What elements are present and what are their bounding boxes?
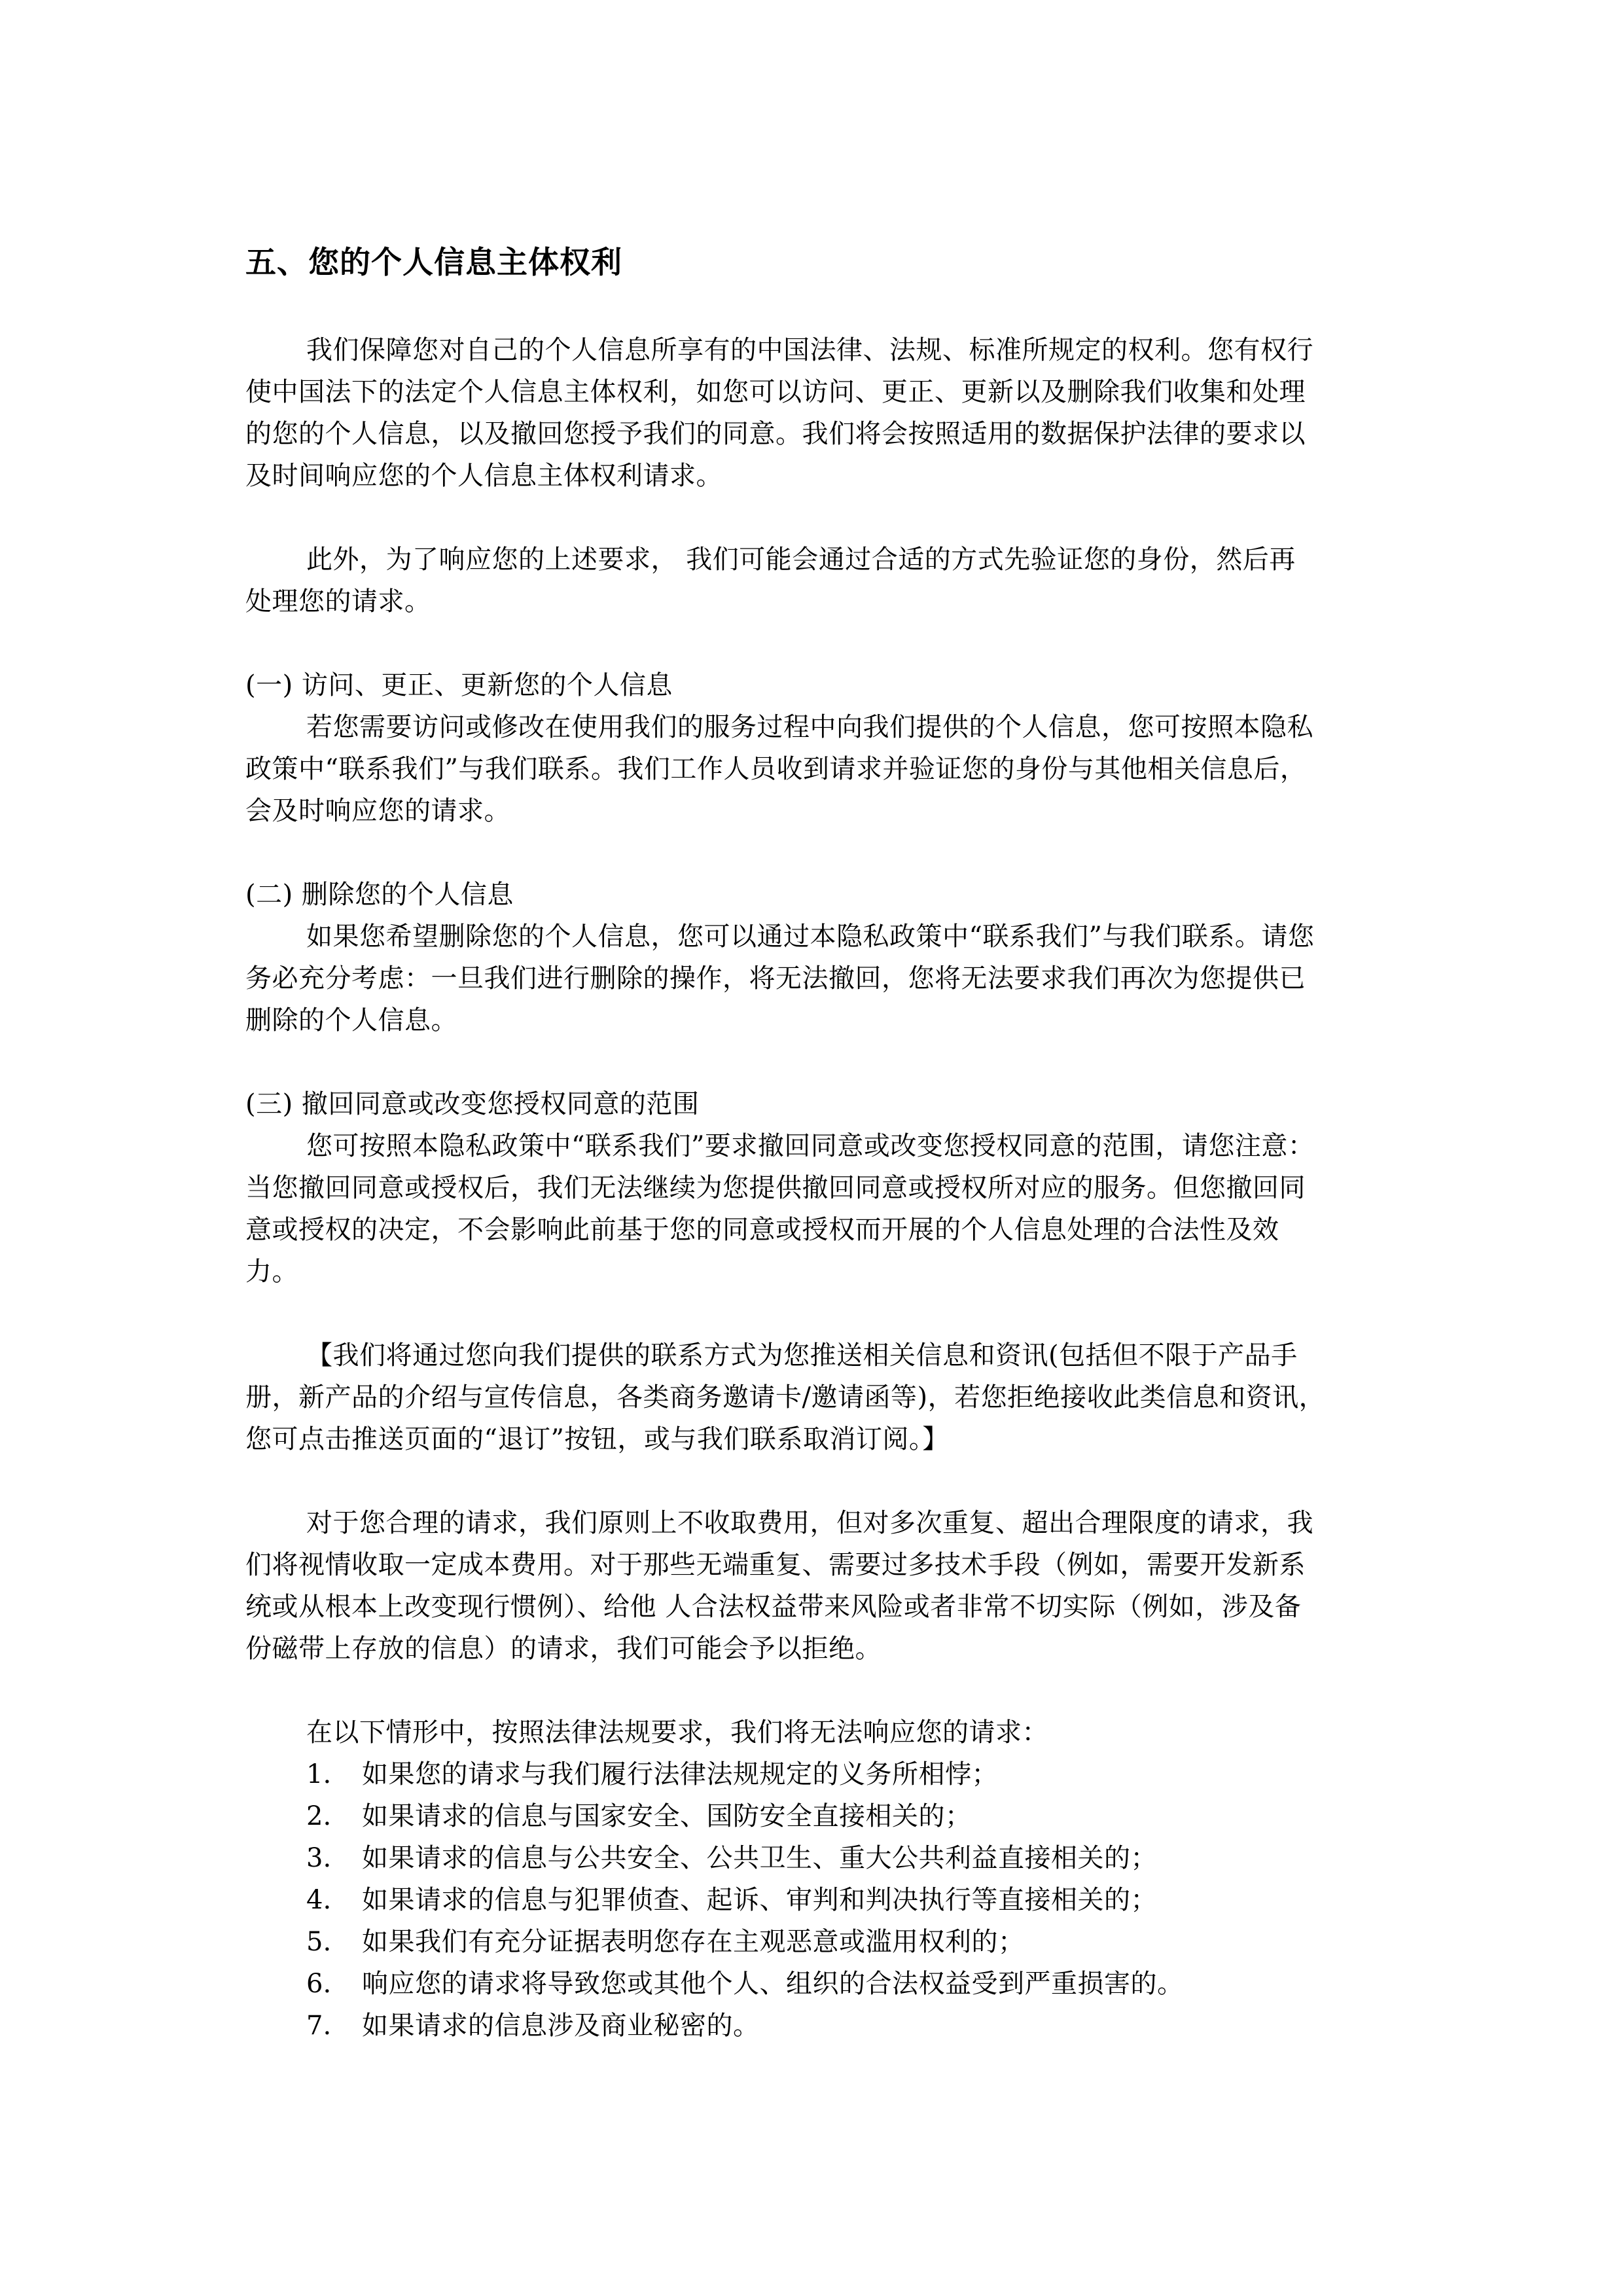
paragraph-line: 处理您的请求。 xyxy=(245,585,431,618)
list-number: 2. xyxy=(306,1800,331,1833)
paragraph-line: 删除的个人信息。 xyxy=(245,1004,457,1037)
list-number: 3. xyxy=(306,1842,331,1874)
list-text: 如果请求的信息与公共安全、公共卫生、重大公共利益直接相关的； xyxy=(362,1842,1157,1874)
subsection-title: (三) 撤回同意或改变您授权同意的范围 xyxy=(245,1088,699,1121)
list-number: 6. xyxy=(306,1967,331,2000)
paragraph-line: 统或从根本上改变现行惯例）、给他 人合法权益带来风险或者非常不切实际（例如，涉及… xyxy=(245,1590,1301,1623)
paragraph-line: 及时间响应您的个人信息主体权利请求。 xyxy=(245,459,722,492)
paragraph-line: 如果您希望删除您的个人信息，您可以通过本隐私政策中“联系我们”与我们联系。请您 xyxy=(306,920,1314,953)
list-text: 如果您的请求与我们履行法律法规规定的义务所相悖； xyxy=(362,1758,998,1791)
list-text: 如果我们有充分证据表明您存在主观恶意或滥用权利的； xyxy=(362,1926,1025,1958)
paragraph-line: 册，新产品的介绍与宣传信息，各类商务邀请卡/邀请函等)，若您拒绝接收此类信息和资… xyxy=(245,1381,1325,1414)
list-text: 如果请求的信息涉及商业秘密的。 xyxy=(362,2009,760,2042)
list-text: 如果请求的信息与国家安全、国防安全直接相关的； xyxy=(362,1800,972,1833)
paragraph-line: 的您的个人信息，以及撤回您授予我们的同意。我们将会按照适用的数据保护法律的要求以 xyxy=(245,418,1306,450)
section-heading: 五、您的个人信息主体权利 xyxy=(245,243,622,283)
paragraph-line: 力。 xyxy=(245,1255,298,1288)
paragraph-line: 会及时响应您的请求。 xyxy=(245,795,510,827)
paragraph-line: 务必充分考虑：一旦我们进行删除的操作，将无法撤回，您将无法要求我们再次为您提供已 xyxy=(245,962,1306,995)
document-page: 五、您的个人信息主体权利 我们保障您对自己的个人信息所享有的中国法律、法规、标准… xyxy=(0,0,1623,2296)
paragraph-line: 【我们将通过您向我们提供的联系方式为您推送相关信息和资讯(包括但不限于产品手 xyxy=(306,1339,1298,1372)
paragraph-line: 对于您合理的请求，我们原则上不收取费用，但对多次重复、超出合理限度的请求，我 xyxy=(306,1507,1313,1539)
subsection-title: (一) 访问、更正、更新您的个人信息 xyxy=(245,669,673,702)
paragraph-line: 您可点击推送页面的“退订”按钮，或与我们联系取消订阅。】 xyxy=(245,1423,949,1456)
paragraph-line: 们将视情收取一定成本费用。对于那些无端重复、需要过多技术手段（例如，需要开发新系 xyxy=(245,1549,1306,1581)
paragraph-line: 若您需要访问或修改在使用我们的服务过程中向我们提供的个人信息，您可按照本隐私 xyxy=(306,711,1313,744)
paragraph-line: 您可按照本隐私政策中“联系我们”要求撤回同意或改变您授权同意的范围，请您注意： xyxy=(306,1130,1314,1162)
paragraph-line: 当您撤回同意或授权后，我们无法继续为您提供撤回同意或授权所对应的服务。但您撤回同 xyxy=(245,1172,1306,1204)
exceptions-intro: 在以下情形中，按照法律法规要求，我们将无法响应您的请求： xyxy=(306,1716,1048,1749)
paragraph-line: 份磁带上存放的信息）的请求，我们可能会予以拒绝。 xyxy=(245,1632,882,1665)
paragraph-line: 政策中“联系我们”与我们联系。我们工作人员收到请求并验证您的身份与其他相关信息后… xyxy=(245,753,1306,785)
paragraph-line: 我们保障您对自己的个人信息所享有的中国法律、法规、标准所规定的权利。您有权行 xyxy=(306,334,1313,367)
paragraph-line: 此外，为了响应您的上述要求， 我们可能会通过合适的方式先验证您的身份，然后再 xyxy=(306,543,1296,576)
paragraph-line: 意或授权的决定，不会影响此前基于您的同意或授权而开展的个人信息处理的合法性及效 xyxy=(245,1213,1279,1246)
list-number: 7. xyxy=(306,2009,331,2042)
list-number: 5. xyxy=(306,1926,331,1958)
list-text: 如果请求的信息与犯罪侦查、起诉、审判和判决执行等直接相关的； xyxy=(362,1884,1157,1916)
paragraph-line: 使中国法下的法定个人信息主体权利，如您可以访问、更正、更新以及删除我们收集和处理 xyxy=(245,376,1306,408)
list-number: 4. xyxy=(306,1884,331,1916)
subsection-title: (二) 删除您的个人信息 xyxy=(245,878,514,911)
list-text: 响应您的请求将导致您或其他个人、组织的合法权益受到严重损害的。 xyxy=(362,1967,1184,2000)
list-number: 1. xyxy=(306,1758,331,1791)
